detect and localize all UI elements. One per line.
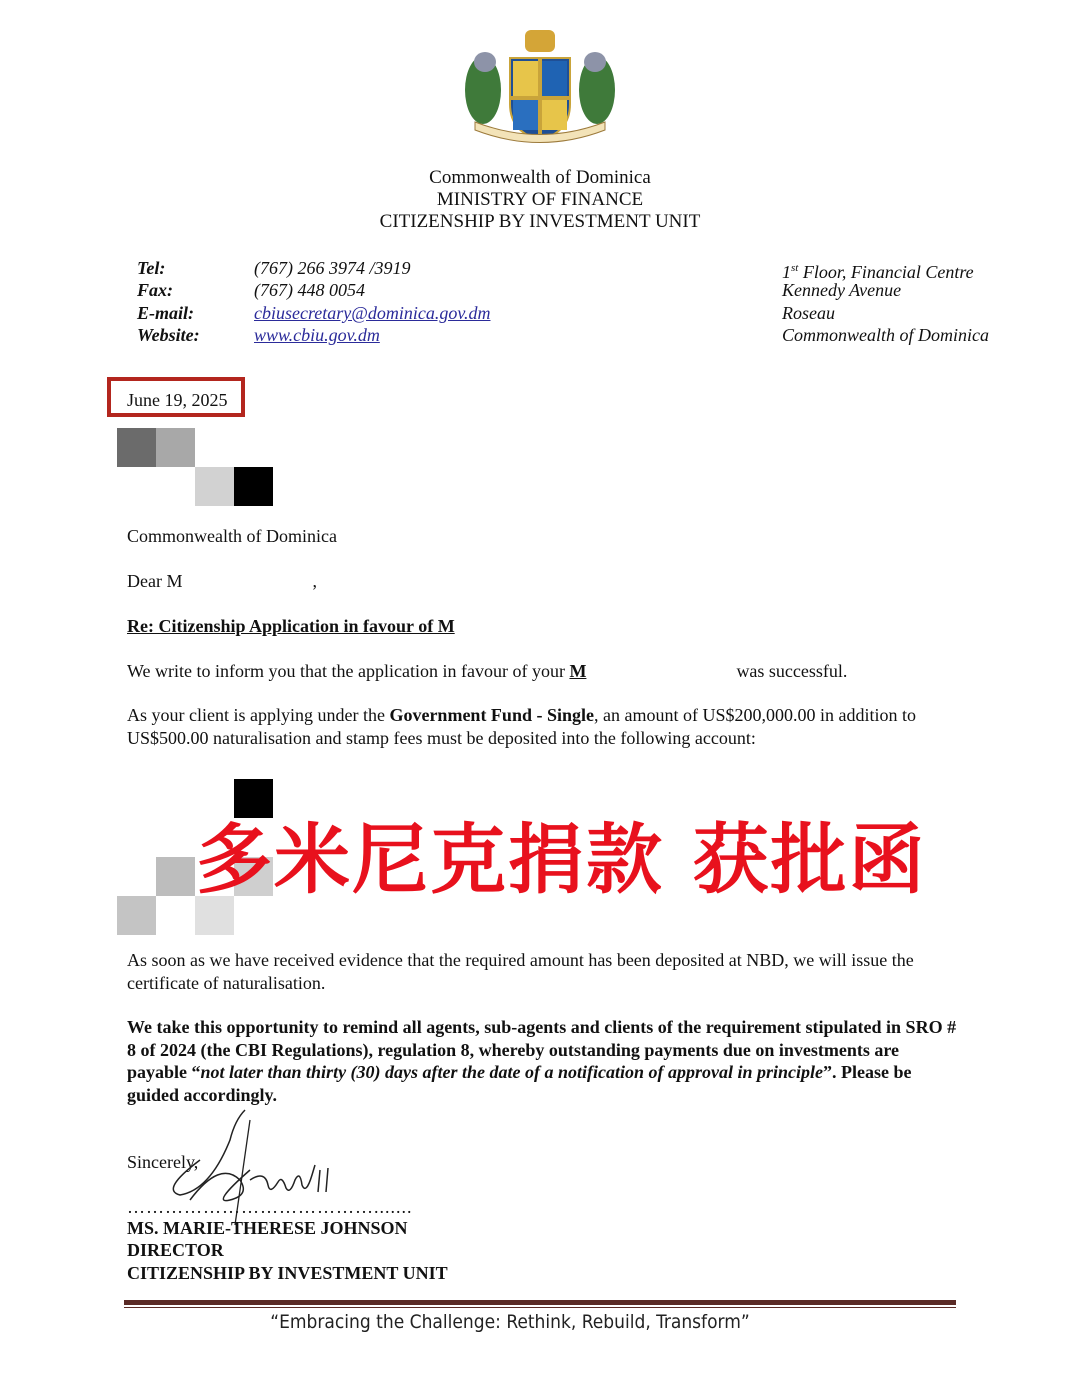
tel-label: Tel:: [137, 257, 165, 280]
signatory-name: MS. MARIE-THERESE JOHNSON: [127, 1217, 408, 1240]
salutation: Dear M,: [127, 570, 957, 593]
signatory-title: DIRECTOR: [127, 1239, 224, 1262]
recipient-country: Commonwealth of Dominica: [127, 525, 957, 548]
footer-rule-thin: [124, 1307, 956, 1308]
signature-line: ………………………………….......: [127, 1196, 413, 1219]
paragraph-certificate: As soon as we have received evidence tha…: [127, 949, 957, 994]
redaction-mosaic: [117, 896, 156, 935]
tel-value: (767) 266 3974 /3919: [254, 257, 411, 280]
address-line-2: Kennedy Avenue: [782, 279, 901, 302]
redaction-mosaic: [234, 467, 273, 506]
paragraph-reminder: We take this opportunity to remind all a…: [127, 1016, 957, 1106]
paragraph-payment: As your client is applying under the Gov…: [127, 704, 957, 749]
footer-rule: [124, 1300, 956, 1305]
signatory-unit: CITIZENSHIP BY INVESTMENT UNIT: [127, 1262, 448, 1285]
subject-line: Re: Citizenship Application in favour of…: [127, 615, 957, 638]
redaction-mosaic: [117, 428, 156, 467]
header-unit: CITIZENSHIP BY INVESTMENT UNIT: [0, 211, 1080, 233]
fax-value: (767) 448 0054: [254, 279, 365, 302]
redaction-mosaic: [234, 779, 273, 818]
redaction-mosaic: [156, 428, 195, 467]
address-line-4: Commonwealth of Dominica: [782, 324, 989, 347]
fax-label: Fax:: [137, 279, 173, 302]
email-link[interactable]: cbiusecretary@dominica.gov.dm: [254, 303, 491, 323]
redaction-mosaic: [195, 467, 234, 506]
website-link[interactable]: www.cbiu.gov.dm: [254, 325, 380, 345]
footer-motto: “Embracing the Challenge: Rethink, Rebui…: [0, 1311, 1020, 1333]
coat-of-arms-icon: [455, 22, 625, 147]
overlay-banner-text: 多米尼克捐款 获批函: [196, 815, 926, 905]
header-country: Commonwealth of Dominica: [0, 167, 1080, 189]
letter-date: June 19, 2025: [127, 390, 228, 411]
website-label: Website:: [137, 324, 200, 347]
redaction-mosaic: [156, 857, 195, 896]
header-ministry: MINISTRY OF FINANCE: [0, 189, 1080, 211]
email-label: E-mail:: [137, 302, 194, 325]
paragraph-approval: We write to inform you that the applicat…: [127, 660, 957, 683]
address-line-3: Roseau: [782, 302, 835, 325]
